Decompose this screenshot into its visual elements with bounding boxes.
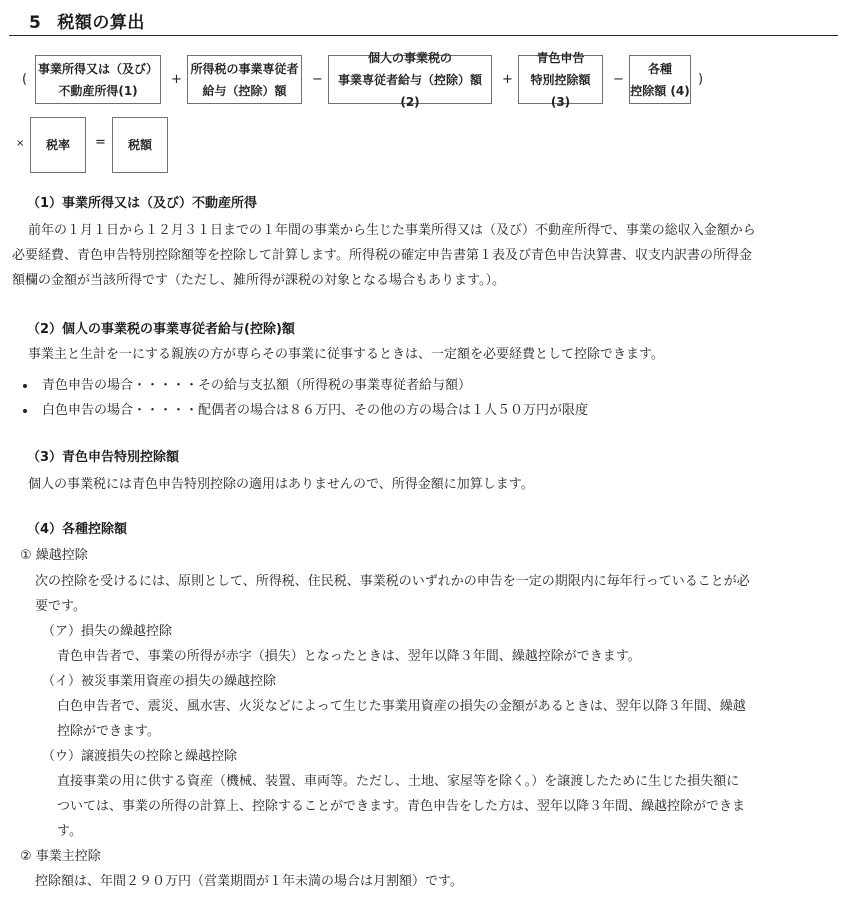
section-number: 5 [29, 13, 41, 33]
paragraph-line: 控除ができます。 [57, 719, 160, 744]
paragraph-line: 額欄の金額が当該所得です（ただし、雑所得が課税の対象となる場合もあります。）。 [12, 268, 505, 293]
open-paren: ( [22, 72, 27, 87]
paragraph-line: す。 [57, 819, 82, 844]
box-line: 青色申告 [536, 47, 584, 69]
subitem-title-loss-carryover: （ア）損失の繰越控除 [42, 619, 172, 644]
paragraph-line: 白色申告者で、震災、風水害、火災などによって生じた事業用資産の損失の金額があると… [57, 694, 746, 719]
formula-box-business-tax-family-salary: 個人の事業税の 事業専従者給与（控除）額(2) [328, 55, 492, 104]
box-line: 控除額 (4) [630, 80, 690, 102]
minus-operator: − [613, 72, 624, 87]
list-item: 青色申告の場合・・・・・その給与支払額（所得税の事業専従者給与額） [20, 373, 588, 398]
section-heading-blue-return: （3）青色申告特別控除額 [27, 446, 179, 465]
box-line: 特別控除額 (3) [519, 69, 602, 113]
box-line: 所得税の事業専従者 [190, 58, 298, 80]
paragraph-line: 青色申告者で、事業の所得が赤字（損失）となったときは、翌年以降３年間、繰越控除が… [57, 644, 641, 669]
formula-box-blue-return-deduction: 青色申告 特別控除額 (3) [518, 55, 603, 104]
box-line: 個人の事業税の [368, 47, 452, 69]
formula-box-business-income: 事業所得又は（及び） 不動産所得(1) [35, 55, 161, 104]
item-title-carryover: ① 繰越控除 [20, 543, 88, 568]
paragraph-line: 控除額は、年間２９０万円（営業期間が１年未満の場合は月割額）です。 [35, 869, 463, 894]
equals-operator: = [95, 135, 106, 150]
times-operator: × [16, 138, 24, 149]
item-title-owner-deduction: ② 事業主控除 [20, 844, 101, 869]
formula-box-various-deductions: 各種 控除額 (4) [629, 55, 691, 104]
paragraph-line: 個人の事業税には青色申告特別控除の適用はありませんので、所得金額に加算します。 [28, 472, 534, 497]
paragraph-line: 事業主と生計を一にする親族の方が専らその事業に従事するときは、一定額を必要経費と… [28, 342, 664, 367]
paragraph-line: 直接事業の用に供する資産（機械、装置、車両等。ただし、土地、家屋等を除く。）を譲… [57, 769, 739, 794]
plus-operator: + [171, 72, 182, 87]
formula-box-tax-rate: 税率 [30, 117, 86, 173]
list-item: 白色申告の場合・・・・・配偶者の場合は８６万円、その他の方の場合は１人５０万円が… [20, 398, 588, 423]
paragraph-line: 要です。 [35, 594, 86, 619]
formula-box-tax-amount: 税額 [112, 117, 168, 173]
paragraph-line: 必要経費、青色申告特別控除額等を控除して計算します。所得税の確定申告書第１表及び… [12, 243, 752, 268]
box-line: 各種 [648, 58, 672, 80]
box-line: 事業専従者給与（控除）額(2) [329, 69, 491, 113]
subitem-title-disaster-loss: （イ）被災事業用資産の損失の繰越控除 [42, 669, 276, 694]
formula-box-income-tax-family-salary: 所得税の事業専従者 給与（控除）額 [187, 55, 302, 104]
minus-operator: − [312, 72, 323, 87]
close-paren: ) [698, 72, 703, 87]
box-line: 事業所得又は（及び） [38, 58, 158, 80]
page-title: 5税額の算出 [29, 8, 145, 33]
paragraph-line: 前年の１月１日から１２月３１日までの１年間の事業から生じた事業所得又は（及び）不… [28, 218, 756, 243]
subitem-title-transfer-loss: （ウ）譲渡損失の控除と繰越控除 [42, 744, 237, 769]
title-divider [9, 35, 838, 36]
salary-bullet-list: 青色申告の場合・・・・・その給与支払額（所得税の事業専従者給与額） 白色申告の場… [20, 373, 588, 423]
section-title: 税額の算出 [57, 13, 145, 33]
box-line: 不動産所得(1) [58, 80, 137, 102]
plus-operator: + [502, 72, 513, 87]
box-line: 税率 [46, 134, 70, 156]
paragraph-line: 次の控除を受けるには、原則として、所得税、住民税、事業税のいずれかの申告を一定の… [35, 569, 750, 594]
box-line: 税額 [128, 134, 152, 156]
section-heading-various-deductions: （4）各種控除額 [27, 518, 127, 537]
section-heading-business-income: （1）事業所得又は（及び）不動産所得 [27, 192, 257, 211]
paragraph-line: ついては、事業の所得の計算上、控除することができます。青色申告をした方は、翌年以… [57, 794, 745, 819]
section-heading-family-salary: （2）個人の事業税の事業専従者給与(控除)額 [27, 318, 295, 337]
box-line: 給与（控除）額 [202, 80, 286, 102]
